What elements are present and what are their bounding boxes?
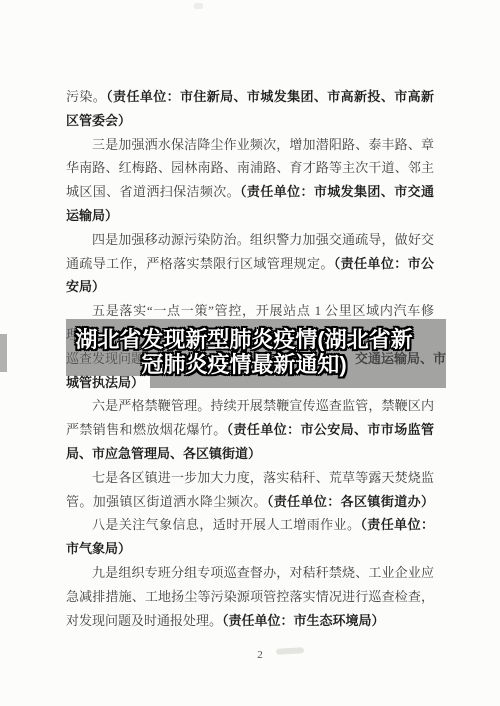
- doc-line: 安局）: [66, 275, 434, 299]
- doc-line: 八是关注气象信息，适时开展人工增雨作业。（责任单位：: [66, 513, 434, 537]
- doc-line: 区管委会）: [66, 109, 434, 133]
- scanned-document-page: 污染。（责任单位：市住新局、市城发集团、市高新投、市高新 区管委会） 三是加强洒…: [0, 0, 500, 706]
- scan-artifact: [276, 647, 304, 654]
- doc-line: 严禁销售和燃放烟花爆竹。（责任单位：市公安局、市市场监管: [66, 418, 434, 442]
- doc-line: 华南路、红梅路、园林南路、南浦路、育才路等主次干道、邻主: [66, 156, 434, 180]
- doc-line: 七是各区镇进一步加大力度，落实秸秆、荒草等露天焚烧监: [66, 466, 434, 490]
- doc-line: 市气象局）: [66, 537, 434, 561]
- doc-line: 管。加强镇区街道洒水降尘频次。（责任单位：各区镇街道办）: [66, 490, 434, 514]
- watermark-band-tail: [150, 376, 446, 388]
- doc-line: 污染。（责任单位：市住新局、市城发集团、市高新投、市高新: [66, 85, 434, 109]
- doc-line: 局、市应急管理局、各区镇街道）: [66, 442, 434, 466]
- doc-line: 对发现问题及时通报处理。（责任单位：市生态环境局）: [66, 609, 434, 633]
- doc-line: 三是加强洒水保洁降尘作业频次，增加潜阳路、泰丰路、章: [66, 133, 434, 157]
- watermark-title: 湖北省发现新型肺炎疫情(湖北省新 冠肺炎疫情最新通知): [66, 327, 422, 377]
- doc-line: 九是组织专班分组专项巡查督办，对秸秆禁烧、工业企业应: [66, 561, 434, 585]
- scan-artifact: [0, 334, 7, 372]
- scan-artifact: [194, 3, 203, 9]
- page-number: 2: [246, 649, 274, 661]
- doc-line: 运输局）: [66, 204, 434, 228]
- doc-line: 急减排措施、工地扬尘等污染源项管控落实情况进行巡查检查，: [66, 585, 434, 609]
- watermark-title-line2: 冠肺炎疫情最新通知): [66, 352, 422, 377]
- doc-line: 四是加强移动源污染防治。组织警力加强交通疏导，做好交: [66, 228, 434, 252]
- doc-line: 城区国、省道洒扫保洁频次。（责任单位：市城发集团、市交通: [66, 180, 434, 204]
- watermark-title-line1: 湖北省发现新型肺炎疫情(湖北省新: [66, 327, 422, 352]
- doc-line: 六是严格禁鞭管理。持续开展禁鞭宣传巡查监管，禁鞭区内: [66, 394, 434, 418]
- doc-line: 通疏导工作，严格落实禁限行区域管理规定。（责任单位：市公: [66, 252, 434, 276]
